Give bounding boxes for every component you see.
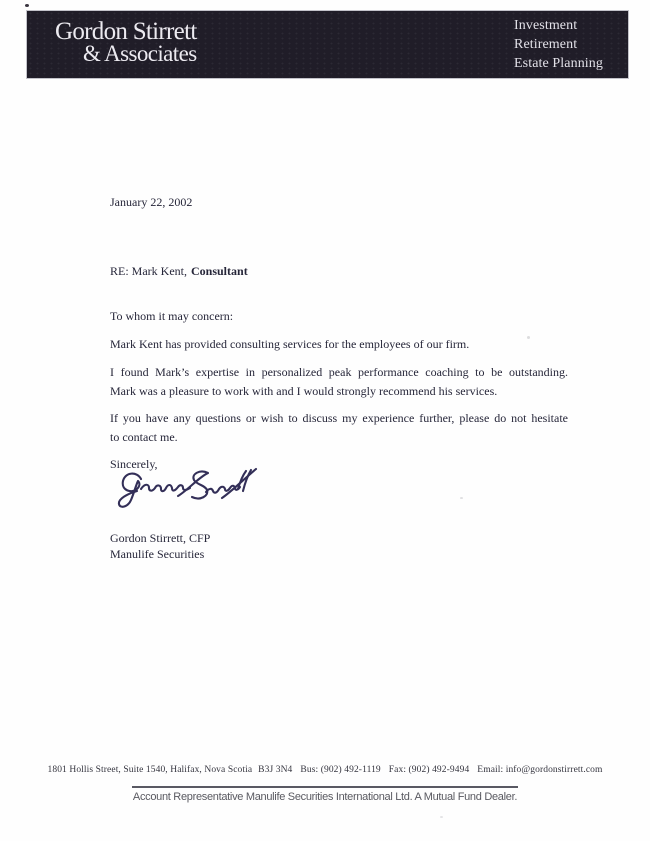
re-subject: Consultant [191, 264, 248, 278]
letter-content: January 22, 2002 RE: Mark Kent,Consultan… [110, 0, 568, 841]
street-address: 1801 Hollis Street, Suite 1540, Halifax,… [48, 765, 253, 775]
paragraph-2-line-2: Mark was a pleasure to work with and I w… [110, 382, 568, 401]
signer-name: Gordon Stirrett, CFP [110, 530, 568, 546]
re-prefix: RE: Mark Kent, [110, 264, 187, 278]
disclaimer-text: Account Representative Manulife Securiti… [0, 791, 650, 803]
footer-divider [132, 786, 518, 788]
signature-handwriting [110, 464, 568, 516]
business-phone: Bus: (902) 492-1119 [300, 765, 380, 775]
email-address: Email: info@gordonstirrett.com [477, 765, 602, 775]
paragraph-2-line-1: I found Mark’s expertise in personalized… [110, 363, 568, 382]
paragraph-3: If you have any questions or wish to dis… [110, 409, 568, 447]
signer-block: Gordon Stirrett, CFP Manulife Securities [110, 530, 568, 562]
letter-date: January 22, 2002 [110, 193, 568, 212]
fax-number: Fax: (902) 492-9494 [389, 765, 470, 775]
contact-line: 1801 Hollis Street, Suite 1540, Halifax,… [0, 765, 650, 775]
signer-company: Manulife Securities [110, 546, 568, 562]
paragraph-3-line-1: If you have any questions or wish to dis… [110, 409, 568, 428]
scan-speck [25, 4, 29, 7]
address-group: 1801 Hollis Street, Suite 1540, Halifax,… [48, 765, 293, 775]
salutation: To whom it may concern: [110, 307, 568, 326]
paragraph-1: Mark Kent has provided consulting servic… [110, 335, 568, 354]
paragraph-3-line-2: to contact me. [110, 428, 568, 447]
paragraph-2: I found Mark’s expertise in personalized… [110, 363, 568, 401]
signature-svg [110, 464, 262, 516]
postal-code: B3J 3N4 [258, 765, 292, 775]
re-line: RE: Mark Kent,Consultant [110, 262, 568, 281]
letter-page: Gordon Stirrett & Associates Investment … [0, 0, 650, 841]
